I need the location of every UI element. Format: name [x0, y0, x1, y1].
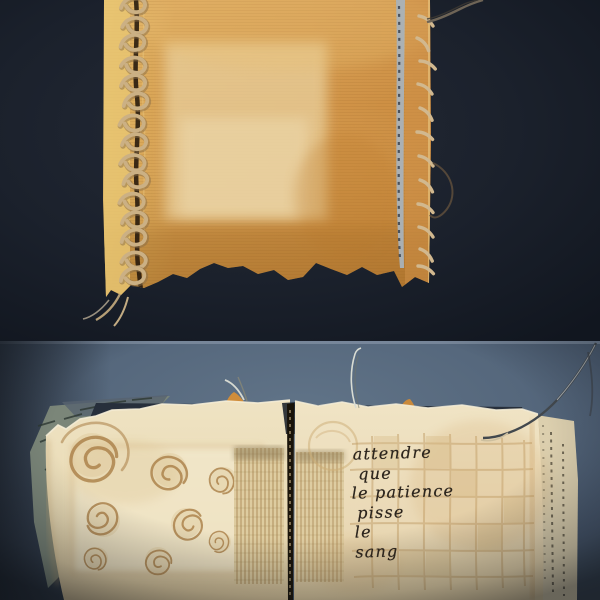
open-book-illustration [0, 341, 600, 600]
book-cover-illustration [0, 0, 600, 341]
artwork-photo-collage: attendre que le patience pisse le sang [0, 0, 600, 600]
vignette [0, 341, 600, 600]
right-edge-strip [405, 0, 431, 290]
cover-body [100, 0, 440, 307]
photo-book-open-spread: attendre que le patience pisse le sang [0, 341, 600, 600]
photo-book-cover-closed [0, 0, 600, 341]
